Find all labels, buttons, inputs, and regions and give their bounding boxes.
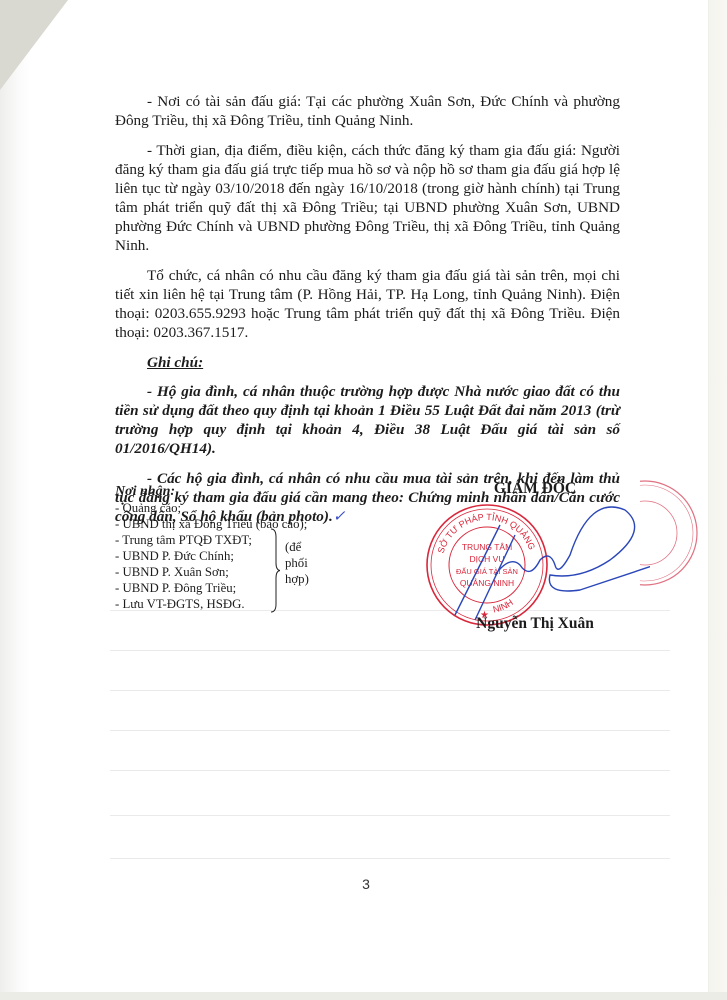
scan-left-shadow: [0, 0, 30, 1000]
recipients-title: Nơi nhận:: [115, 484, 375, 500]
recipient-item: - UBND P. Đông Triều;: [115, 580, 375, 596]
paragraph-auction-location: - Nơi có tài sản đấu giá: Tại các phường…: [115, 92, 620, 130]
document-body: - Nơi có tài sản đấu giá: Tại các phường…: [115, 92, 620, 537]
recipient-item: - UBND thị xã Đông Triều (báo cáo);: [115, 516, 375, 532]
page-number: 3: [356, 876, 376, 892]
coordination-label-line: hợp): [285, 571, 325, 587]
recipient-item: - Trung tâm PTQĐ TXĐT;: [115, 532, 375, 548]
note-1: - Hộ gia đình, cá nhân thuộc trường hợp …: [115, 382, 620, 458]
folded-corner: [0, 0, 68, 90]
recipient-item: - UBND P. Xuân Sơn;: [115, 564, 375, 580]
paragraph-contact: Tổ chức, cá nhân có nhu cầu đăng ký tham…: [115, 266, 620, 342]
signer-name: Nguyễn Thị Xuân: [450, 615, 620, 633]
signer-block: GIÁM ĐỐC Nguyễn Thị Xuân: [420, 480, 620, 498]
recipient-item: - Quảng cáo;: [115, 500, 375, 516]
note-heading: Ghi chú:: [147, 353, 620, 372]
signer-title: GIÁM ĐỐC: [450, 480, 620, 498]
recipient-item: - UBND P. Đức Chính;: [115, 548, 375, 564]
scan-bottom-edge: [0, 992, 727, 1000]
paragraph-registration: - Thời gian, địa điểm, điều kiện, cách t…: [115, 141, 620, 255]
show-through-table: [110, 610, 670, 860]
coordination-label-line: phối: [285, 555, 325, 571]
recipient-item: - Lưu VT-ĐGTS, HSĐG.: [115, 596, 375, 612]
curly-brace-icon: [270, 527, 280, 614]
coordination-label-line: (để: [285, 539, 325, 555]
coordination-label: (để phối hợp): [285, 539, 325, 587]
recipients-block: Nơi nhận: - Quảng cáo; - UBND thị xã Đôn…: [115, 484, 375, 612]
scan-right-edge: [708, 0, 727, 1000]
signature-icon: [440, 505, 650, 625]
